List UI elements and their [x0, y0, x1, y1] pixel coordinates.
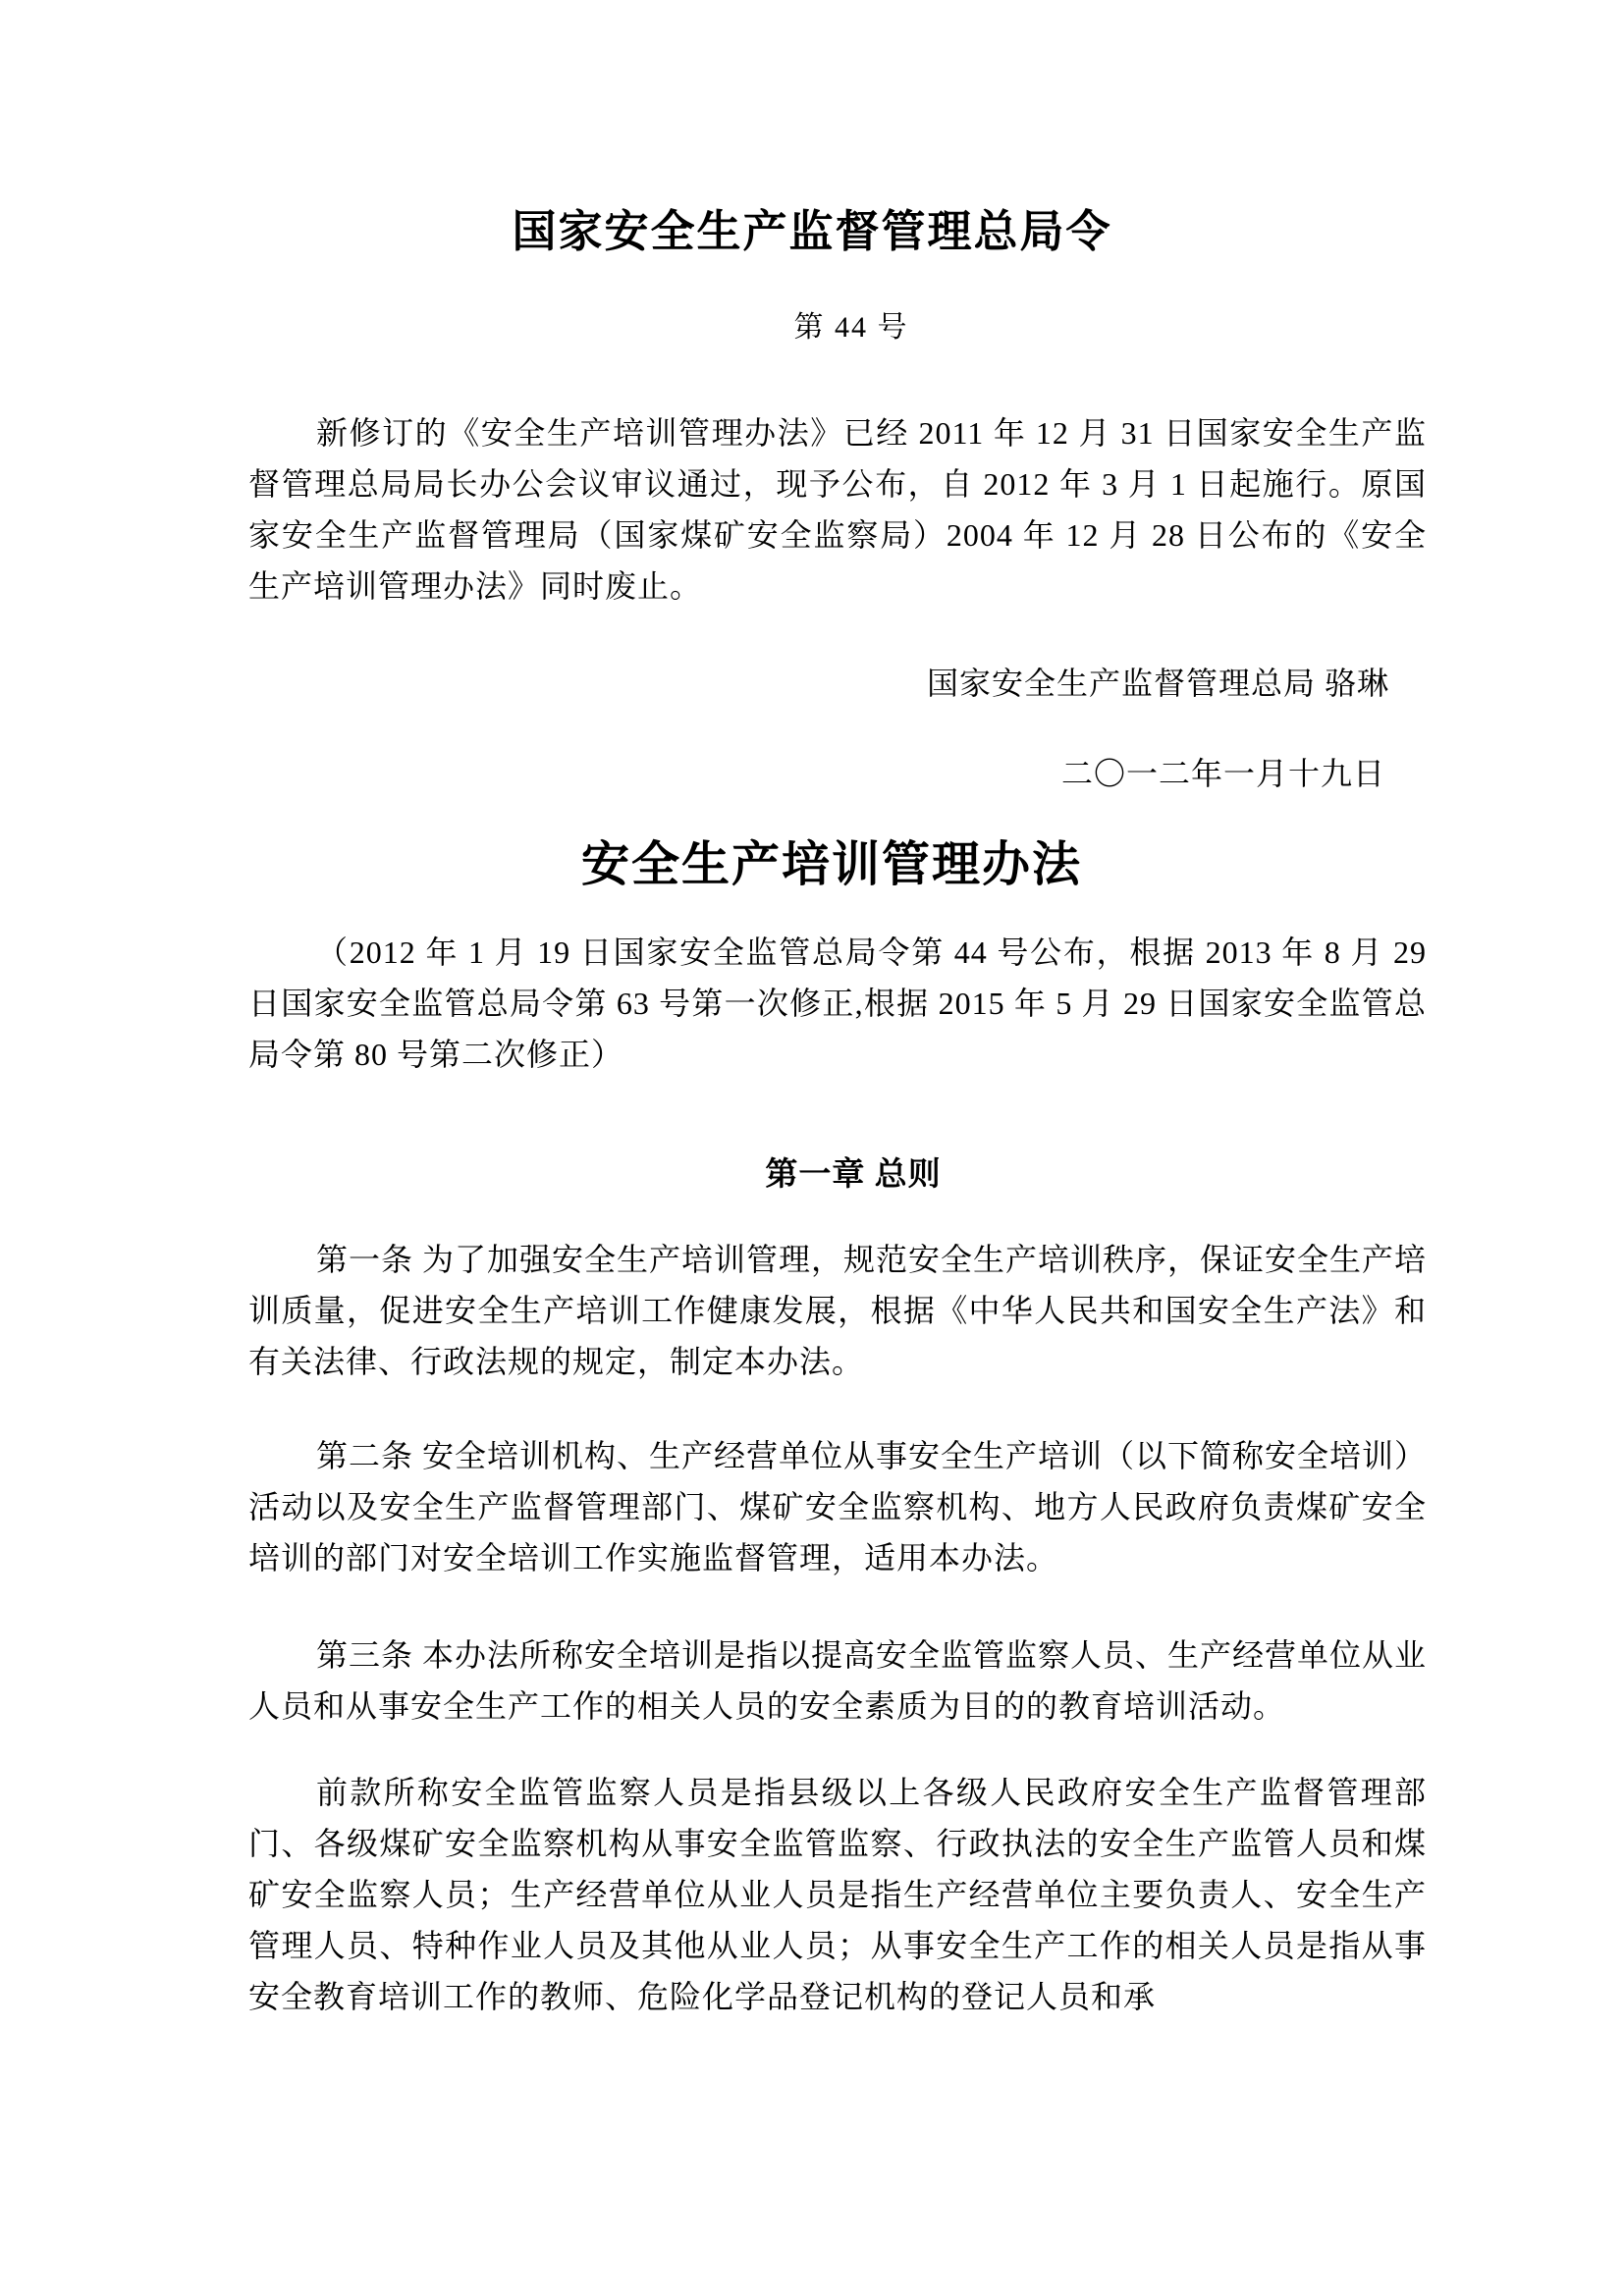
decree-number: 第 44 号: [0, 306, 1624, 349]
article-2-paragraph: 第二条 安全培训机构、生产经营单位从事安全生产培训（以下简称安全培训）活动以及安…: [248, 1430, 1427, 1583]
regulation-revision-note: （2012 年 1 月 19 日国家安全监管总局令第 44 号公布，根据 201…: [248, 927, 1427, 1080]
article-1-paragraph: 第一条 为了加强安全生产培训管理，规范安全生产培训秩序，保证安全生产培训质量，促…: [248, 1234, 1427, 1387]
regulation-title: 安全生产培训管理办法: [0, 830, 1624, 899]
document-page: 国家安全生产监督管理总局令 第 44 号 新修订的《安全生产培训管理办法》已经 …: [0, 0, 1624, 2296]
decree-issuer-signature: 国家安全生产监督管理总局 骆琳: [248, 658, 1427, 709]
chapter-one-heading: 第一章 总则: [0, 1150, 1624, 1200]
article-3-paragraph: 第三条 本办法所称安全培训是指以提高安全监管监察人员、生产经营单位从业人员和从事…: [248, 1629, 1427, 1732]
decree-announcement-paragraph: 新修订的《安全生产培训管理办法》已经 2011 年 12 月 31 日国家安全生…: [248, 407, 1427, 612]
article-3-continuation-paragraph: 前款所称安全监管监察人员是指县级以上各级人民政府安全生产监督管理部门、各级煤矿安…: [248, 1767, 1427, 2022]
decree-issue-date: 二〇一二年一月十九日: [248, 748, 1427, 799]
decree-title: 国家安全生产监督管理总局令: [0, 199, 1624, 264]
